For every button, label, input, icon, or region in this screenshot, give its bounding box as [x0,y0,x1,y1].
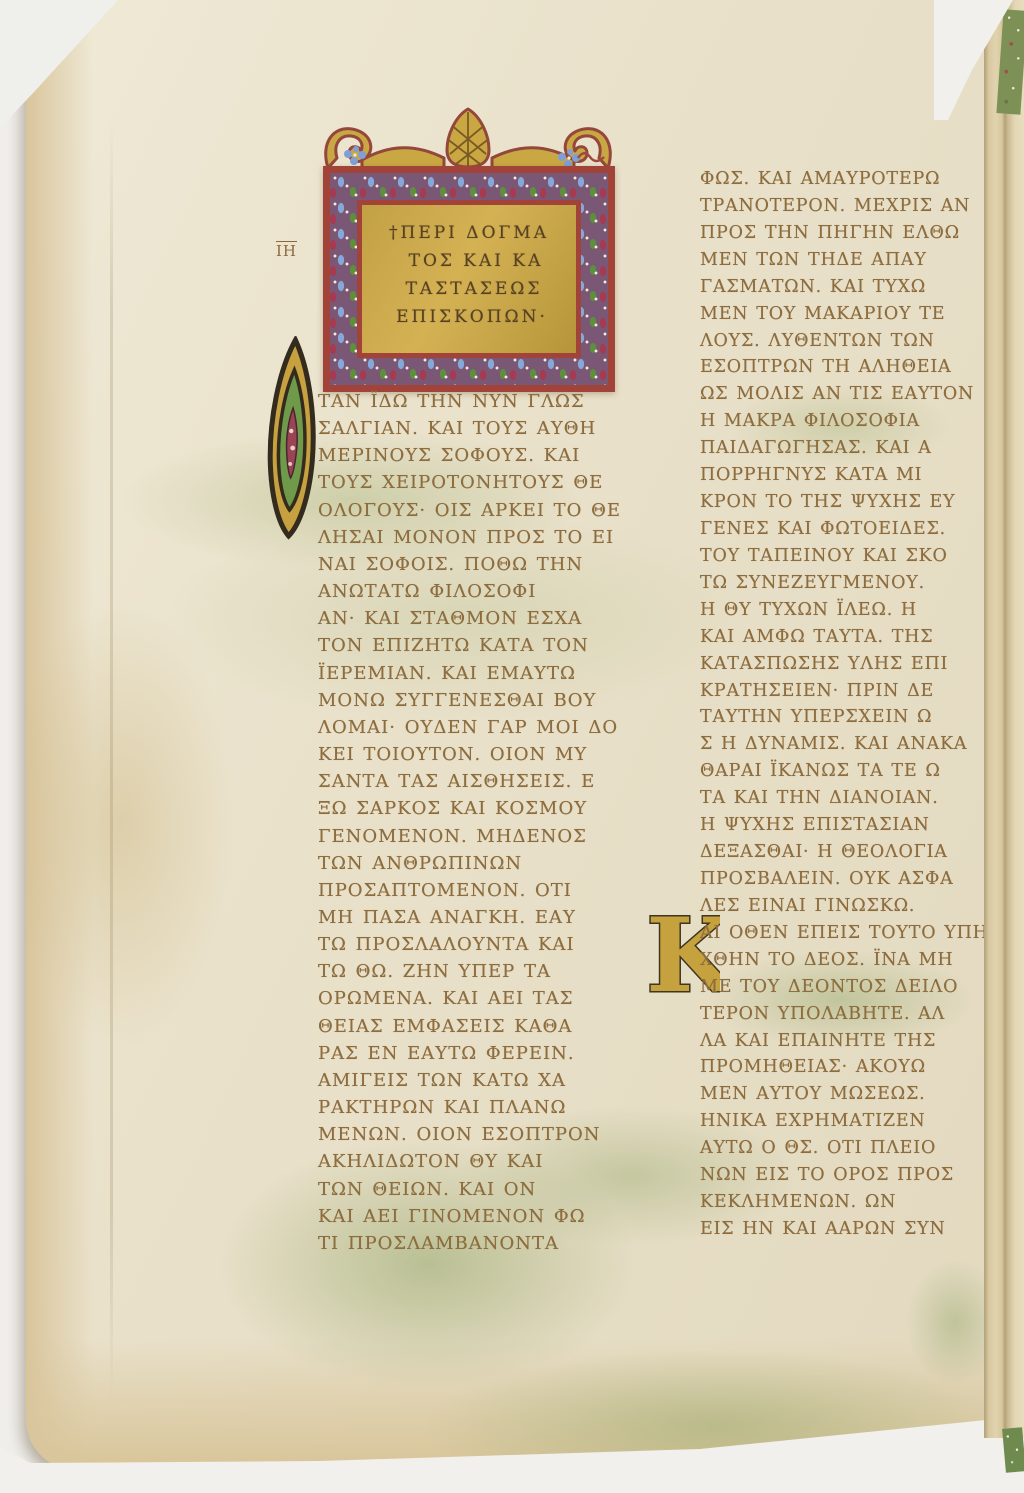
text-line: ΤΟΣ ΚΑΙ ΚΑ [362,247,576,275]
text-line: ΣΑΝΤΑ ΤΑΣ ΑΙΣΘΗΣΕΙΣ. Ε [318,768,626,795]
text-line: ΤΩ ΠΡΟΣΛΑΛΟΥΝΤΑ ΚΑΙ [318,931,626,958]
text-line: ΑΙ ΟΘΕΝ ΕΠΕΙΣ ΤΟΥΤΟ ΥΠΗ [700,920,985,947]
headpiece-floral-border: †ΠΕΡΙ ΔΟΓΜΑΤΟΣ ΚΑΙ ΚΑΤΑΣΤΑΣΕΩΣΕΠΙΣΚΟΠΩΝ· [330,173,608,385]
text-line: ΠΡΟΣ ΤΗΝ ΠΗΓΗΝ ΕΛΘΩ [700,220,985,247]
text-line: ΛΟΜΑΙ· ΟΥΔΕΝ ΓΑΡ ΜΟΙ ΔΟ [318,714,626,741]
right-column: ΦΩΣ. ΚΑΙ ΑΜΑΥΡΟΤΕΡΩΤΡΑΝΟΤΕΡΟΝ. ΜΕΧΡΙΣ ΑΝ… [700,166,985,1243]
text-line: ΧΘΗΝ ΤΟ ΔΕΟΣ. ΪΝΑ ΜΗ [700,947,985,974]
text-line: ΤΑ ΚΑΙ ΤΗΝ ΔΙΑΝΟΙΑΝ. [700,785,985,812]
text-line: ΠΡΟΣΒΑΛΕΙΝ. ΟΥΚ ΑΣΦΑ [700,866,985,893]
text-line: ΑΥΤΩ Ο ΘΣ. ΟΤΙ ΠΛΕΙΟ [700,1135,985,1162]
text-line: ΑΝ· ΚΑΙ ΣΤΑΘΜΟΝ ΕΣΧΑ [318,605,626,632]
text-line: ΤΩ ΘΩ. ΖΗΝ ΥΠΕΡ ΤΑ [318,958,626,985]
text-line: ΜΕΝΩΝ. ΟΙΟΝ ΕΣΟΠΤΡΟΝ [318,1121,626,1148]
text-line: ΤΑΣΤΑΣΕΩΣ [362,275,576,303]
text-line: ΜΕΝ ΤΩΝ ΤΗΔΕ ΑΠΑΥ [700,247,985,274]
margin-note: ΙΗ [276,242,297,260]
text-line: ΤΩΝ ΑΝΘΡΩΠΙΝΩΝ [318,850,626,877]
text-line: ΑΚΗΛΙΔΩΤΟΝ ΘΥ ΚΑΙ [318,1148,626,1175]
text-line: ΡΑΣ ΕΝ ΕΑΥΤΩ ΦΕΡΕΙΝ. [318,1040,626,1067]
text-line: ΤΩΝ ΘΕΙΩΝ. ΚΑΙ ΟΝ [318,1176,626,1203]
headpiece-title: †ΠΕΡΙ ΔΟΓΜΑΤΟΣ ΚΑΙ ΚΑΤΑΣΤΑΣΕΩΣΕΠΙΣΚΟΠΩΝ· [362,205,576,353]
text-line: ΤΟΥΣ ΧΕΙΡΟΤΟΝΗΤΟΥΣ ΘΕ [318,469,626,496]
text-line: ΤΙ ΠΡΟΣΛΑΜΒΑΝΟΝΤΑ [318,1230,626,1257]
text-line: Η ΨΥΧΗΣ ΕΠΙΣΤΑΣΙΑΝ [700,812,985,839]
parchment-fold-line [110,120,113,1400]
text-line: ΝΑΙ ΣΟΦΟΙΣ. ΠΟΘΩ ΤΗΝ [318,551,626,578]
text-line: ΑΝΩΤΑΤΩ ΦΙΛΟΣΟΦΙ [318,578,626,605]
text-line: ΔΕΞΑΣΘΑΙ· Η ΘΕΟΛΟΓΙΑ [700,839,985,866]
facing-page-decoration-bottom [1002,1427,1024,1473]
text-line: ΠΡΟΣΑΠΤΟΜΕΝΟΝ. ΟΤΙ [318,877,626,904]
text-line: ΕΠΙΣΚΟΠΩΝ· [362,303,576,331]
text-line: ΠΟΡΡΗΓΝΥΣ ΚΑΤΑ ΜΙ [700,462,985,489]
book-fore-edge [984,0,1024,1438]
text-line: ΚΕΚΛΗΜΕΝΩΝ. ΩΝ [700,1189,985,1216]
text-line: ΝΩΝ ΕΙΣ ΤΟ ΟΡΟΣ ΠΡΟΣ [700,1162,985,1189]
text-line: ΣΑΛΓΙΑΝ. ΚΑΙ ΤΟΥΣ ΑΥΘΗ [318,415,626,442]
leaf-initial-ornament [258,335,325,542]
text-line: ΛΟΥΣ. ΛΥΘΕΝΤΩΝ ΤΩΝ [700,328,985,355]
text-line: ΜΕΝ ΑΥΤΟΥ ΜΩΣΕΩΣ. [700,1081,985,1108]
text-line: ΤΑΥΤΗΝ ΥΠΕΡΣΧΕΙΝ Ω [700,704,985,731]
text-line: ΪΕΡΕΜΙΑΝ. ΚΑΙ ΕΜΑΥΤΩ [318,660,626,687]
text-line: †ΠΕΡΙ ΔΟΓΜΑ [362,219,576,247]
text-line: ΛΑ ΚΑΙ ΕΠΑΙΝΗΤΕ ΤΗΣ [700,1028,985,1055]
text-line: ΩΣ ΜΟΛΙΣ ΑΝ ΤΙΣ ΕΑΥΤΟΝ [700,381,985,408]
text-line: ΘΑΡΑΙ ΪΚΑΝΩΣ ΤΑ ΤΕ Ω [700,758,985,785]
text-line: ΤΡΑΝΟΤΕΡΟΝ. ΜΕΧΡΙΣ ΑΝ [700,193,985,220]
text-line: ΚΕΙ ΤΟΙΟΥΤΟΝ. ΟΙΟΝ ΜΥ [318,741,626,768]
text-line: ΕΙΣ ΗΝ ΚΑΙ ΑΑΡΩΝ ΣΥΝ [700,1216,985,1243]
text-line: ΓΑΣΜΑΤΩΝ. ΚΑΙ ΤΥΧΩ [700,274,985,301]
text-line: ΚΑΙ ΑΕΙ ΓΙΝΟΜΕΝΟΝ ΦΩ [318,1203,626,1230]
text-line: ΤΟΥ ΤΑΠΕΙΝΟΥ ΚΑΙ ΣΚΟ [700,543,985,570]
manuscript-photo: †ΠΕΡΙ ΔΟΓΜΑΤΟΣ ΚΑΙ ΚΑΤΑΣΤΑΣΕΩΣΕΠΙΣΚΟΠΩΝ·… [0,0,1024,1493]
headpiece-crest-ornament [318,106,618,172]
text-line: ΠΡΟΜΗΘΕΙΑΣ· ΑΚΟΥΩ [700,1054,985,1081]
text-line: ΜΕ ΤΟΥ ΔΕΟΝΤΟΣ ΔΕΙΛΟ [700,974,985,1001]
text-line: Η ΜΑΚΡΑ ΦΙΛΟΣΟΦΙΑ [700,408,985,435]
text-line: ΚΑΙ ΑΜΦΩ ΤΑΥΤΑ. ΤΗΣ [700,624,985,651]
text-line: ΜΗ ΠΑΣΑ ΑΝΑΓΚΗ. ΕΑΥ [318,904,626,931]
left-column: ΤΑΝ ΪΔΩ ΤΗΝ ΝΥΝ ΓΛΩΣΣΑΛΓΙΑΝ. ΚΑΙ ΤΟΥΣ ΑΥ… [318,388,626,1257]
text-line: ΤΕΡΟΝ ΥΠΟΛΑΒΗΤΕ. ΑΛ [700,1001,985,1028]
text-line: ΡΑΚΤΗΡΩΝ ΚΑΙ ΠΛΑΝΩ [318,1094,626,1121]
text-line: ΘΕΙΑΣ ΕΜΦΑΣΕΙΣ ΚΑΘΑ [318,1013,626,1040]
text-line: ΓΕΝΟΜΕΝΟΝ. ΜΗΔΕΝΟΣ [318,823,626,850]
headpiece-frame: †ΠΕΡΙ ΔΟΓΜΑΤΟΣ ΚΑΙ ΚΑΤΑΣΤΑΣΕΩΣΕΠΙΣΚΟΠΩΝ· [323,166,615,392]
text-line: ΛΗΣΑΙ ΜΟΝΟΝ ΠΡΟΣ ΤΟ ΕΙ [318,524,626,551]
text-line: ΠΑΙΔΑΓΩΓΗΣΑΣ. ΚΑΙ Α [700,435,985,462]
text-line: ΕΣΟΠΤΡΩΝ ΤΗ ΑΛΗΘΕΙΑ [700,354,985,381]
text-line: ΛΕΣ ΕΙΝΑΙ ΓΙΝΩΣΚΩ. [700,893,985,920]
text-line: ΜΟΝΩ ΣΥΓΓΕΝΕΣΘΑΙ ΒΟΥ [318,687,626,714]
text-line: ΜΕΝ ΤΟΥ ΜΑΚΑΡΙΟΥ ΤΕ [700,301,985,328]
text-line: ΚΡΑΤΗΣΕΙΕΝ· ΠΡΙΝ ΔΕ [700,678,985,705]
text-line: ΑΜΙΓΕΙΣ ΤΩΝ ΚΑΤΩ ΧΑ [318,1067,626,1094]
text-line: ΚΑΤΑΣΠΩΣΗΣ ΥΛΗΣ ΕΠΙ [700,651,985,678]
text-line: ΜΕΡΙΝΟΥΣ ΣΟΦΟΥΣ. ΚΑΙ [318,442,626,469]
text-line: ΤΑΝ ΪΔΩ ΤΗΝ ΝΥΝ ΓΛΩΣ [318,388,626,415]
text-line: ΞΩ ΣΑΡΚΟΣ ΚΑΙ ΚΟΣΜΟΥ [318,795,626,822]
text-line: ΚΡΟΝ ΤΟ ΤΗΣ ΨΥΧΗΣ ΕΥ [700,489,985,516]
text-line: ΟΡΩΜΕΝΑ. ΚΑΙ ΑΕΙ ΤΑΣ [318,985,626,1012]
text-line: Σ Η ΔΥΝΑΜΙΣ. ΚΑΙ ΑΝΑΚΑ [700,731,985,758]
headpiece-inner-border: †ΠΕΡΙ ΔΟΓΜΑΤΟΣ ΚΑΙ ΚΑΤΑΣΤΑΣΕΩΣΕΠΙΣΚΟΠΩΝ· [357,200,581,358]
text-line: ΦΩΣ. ΚΑΙ ΑΜΑΥΡΟΤΕΡΩ [700,166,985,193]
text-line: Η ΘΥ ΤΥΧΩΝ ΪΛΕΩ. Η [700,597,985,624]
text-line: ΤΟΝ ΕΠΙΖΗΤΩ ΚΑΤΑ ΤΟΝ [318,632,626,659]
text-line: ΓΕΝΕΣ ΚΑΙ ΦΩΤΟΕΙΔΕΣ. [700,516,985,543]
text-line: ΤΩ ΣΥΝΕΖΕΥΓΜΕΝΟΥ. [700,570,985,597]
text-line: ΟΛΟΓΟΥΣ· ΟΙΣ ΑΡΚΕΙ ΤΟ ΘΕ [318,497,626,524]
text-line: ΗΝΙΚΑ ΕΧΡΗΜΑΤΙΖΕΝ [700,1108,985,1135]
